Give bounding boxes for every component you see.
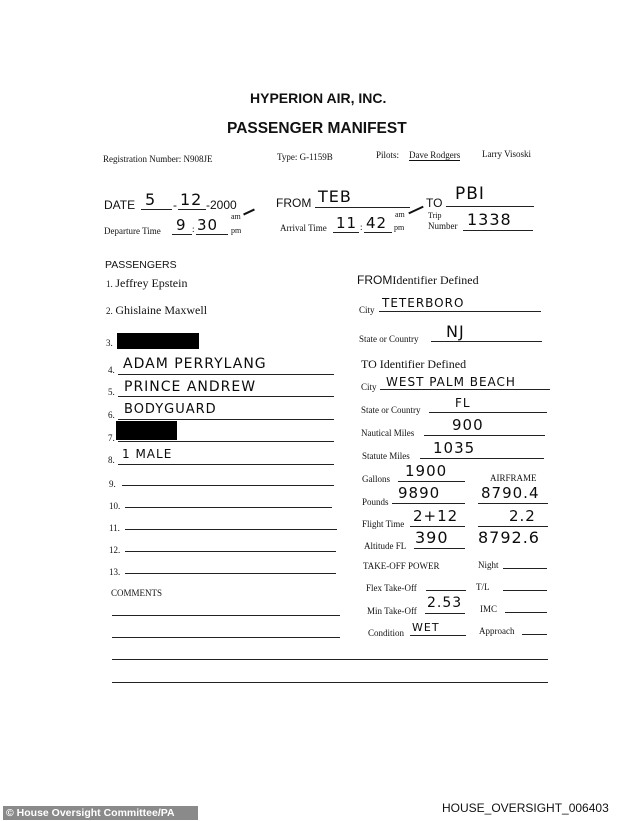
- departure-time-label: Departure Time: [104, 226, 161, 236]
- imc-label: IMC: [480, 604, 497, 614]
- departure-hour: 9: [176, 216, 187, 234]
- passenger-name: 1 MALE: [122, 447, 172, 461]
- redacted-passenger: [116, 421, 177, 440]
- type-label: Type:: [277, 152, 297, 162]
- passenger-name: PRINCE ANDREW: [124, 379, 256, 395]
- pounds-label: Pounds: [362, 497, 389, 507]
- am-checkmark-icon: [243, 209, 255, 216]
- from-city-value: TETERBORO: [382, 296, 464, 310]
- nautical-miles-label: Nautical Miles: [361, 428, 414, 438]
- altitude-label: Altitude FL: [364, 541, 406, 551]
- to-label: TO: [426, 196, 442, 210]
- trip-number-label: Number: [428, 221, 458, 231]
- trip-number-value: 1338: [467, 210, 512, 229]
- redacted-passenger: [117, 333, 199, 349]
- nautical-miles-value: 900: [452, 416, 484, 434]
- registration-label: Registration Number:: [103, 154, 181, 164]
- am-checkmark-icon: [408, 206, 423, 215]
- date-year: -2000: [206, 198, 237, 212]
- condition-value: WET: [412, 621, 440, 634]
- company-name: HYPERION AIR, INC.: [250, 90, 386, 106]
- airframe-heading: AIRFRAME: [490, 473, 537, 483]
- to-city-label: City: [361, 382, 377, 392]
- from-label: FROM: [276, 196, 311, 210]
- to-state-value: FL: [455, 396, 471, 410]
- departure-pm: pm: [231, 226, 241, 235]
- trip-label: Trip: [428, 211, 442, 220]
- date-label: DATE: [104, 198, 135, 212]
- type-value: G-1159B: [300, 152, 333, 162]
- from-code: TEB: [318, 187, 352, 206]
- photo-credit: © House Oversight Committee/PA Wire: [3, 806, 198, 820]
- bates-number: HOUSE_OVERSIGHT_006403: [442, 801, 609, 815]
- flex-takeoff-label: Flex Take-Off: [366, 583, 417, 593]
- min-takeoff-label: Min Take-Off: [367, 606, 417, 616]
- pilot-2: Larry Visoski: [482, 149, 531, 159]
- airframe-value-3: 8792.6: [478, 528, 540, 547]
- condition-label: Condition: [368, 628, 404, 638]
- from-state-label: State or Country: [359, 334, 419, 344]
- pilot-1: Dave Rodgers: [409, 150, 460, 161]
- approach-label: Approach: [479, 626, 515, 636]
- departure-minute: 30: [197, 216, 218, 234]
- statute-miles-label: Statute Miles: [362, 451, 410, 461]
- gallons-value: 1900: [405, 462, 447, 480]
- to-code: PBI: [455, 184, 485, 204]
- takeoff-power-heading: TAKE-OFF POWER: [363, 561, 440, 571]
- passenger-row: 1. Jeffrey Epstein: [106, 276, 187, 291]
- to-identifier-heading: TO Identifier Defined: [361, 357, 466, 372]
- airframe-value-2: 2.2: [509, 507, 536, 525]
- flight-time-label: Flight Time: [362, 519, 404, 529]
- passengers-heading: PASSENGERS: [105, 259, 177, 271]
- arrival-minute: 42: [366, 214, 387, 232]
- comments-heading: COMMENTS: [111, 588, 162, 598]
- date-month: 5: [145, 190, 156, 209]
- passenger-name: Ghislaine Maxwell: [115, 303, 207, 317]
- registration-field: Registration Number: N908JE: [103, 154, 213, 164]
- arrival-pm: pm: [394, 223, 404, 232]
- document-title: PASSENGER MANIFEST: [227, 120, 407, 138]
- to-city-value: WEST PALM BEACH: [386, 375, 516, 389]
- passenger-name: BODYGUARD: [124, 402, 217, 417]
- airframe-value-1: 8790.4: [481, 484, 540, 502]
- arrival-time-label: Arrival Time: [280, 223, 327, 233]
- from-identifier-heading: FROMIdentifier Defined: [357, 271, 479, 289]
- date-day: 12: [180, 190, 202, 209]
- passenger-name: ADAM PERRYLANG: [123, 356, 267, 372]
- from-state-value: NJ: [446, 322, 465, 341]
- gallons-label: Gallons: [362, 474, 390, 484]
- pilots-label: Pilots:: [376, 150, 399, 160]
- statute-miles-value: 1035: [433, 439, 475, 457]
- to-state-label: State or Country: [361, 405, 421, 415]
- from-city-label: City: [359, 305, 375, 315]
- passenger-row: 2. Ghislaine Maxwell: [106, 303, 207, 318]
- night-label: Night: [478, 560, 499, 570]
- arrival-am: am: [395, 210, 405, 219]
- registration-value: N908JE: [184, 154, 213, 164]
- pounds-value: 9890: [398, 484, 440, 502]
- departure-am: am: [231, 212, 241, 221]
- passenger-name: Jeffrey Epstein: [115, 276, 187, 290]
- flight-time-value: 2+12: [413, 507, 458, 525]
- altitude-value: 390: [415, 528, 449, 547]
- arrival-hour: 11: [336, 214, 357, 232]
- aircraft-type-field: Type: G-1159B: [277, 152, 333, 162]
- min-takeoff-value: 2.53: [427, 595, 462, 611]
- tl-label: T/L: [476, 582, 490, 592]
